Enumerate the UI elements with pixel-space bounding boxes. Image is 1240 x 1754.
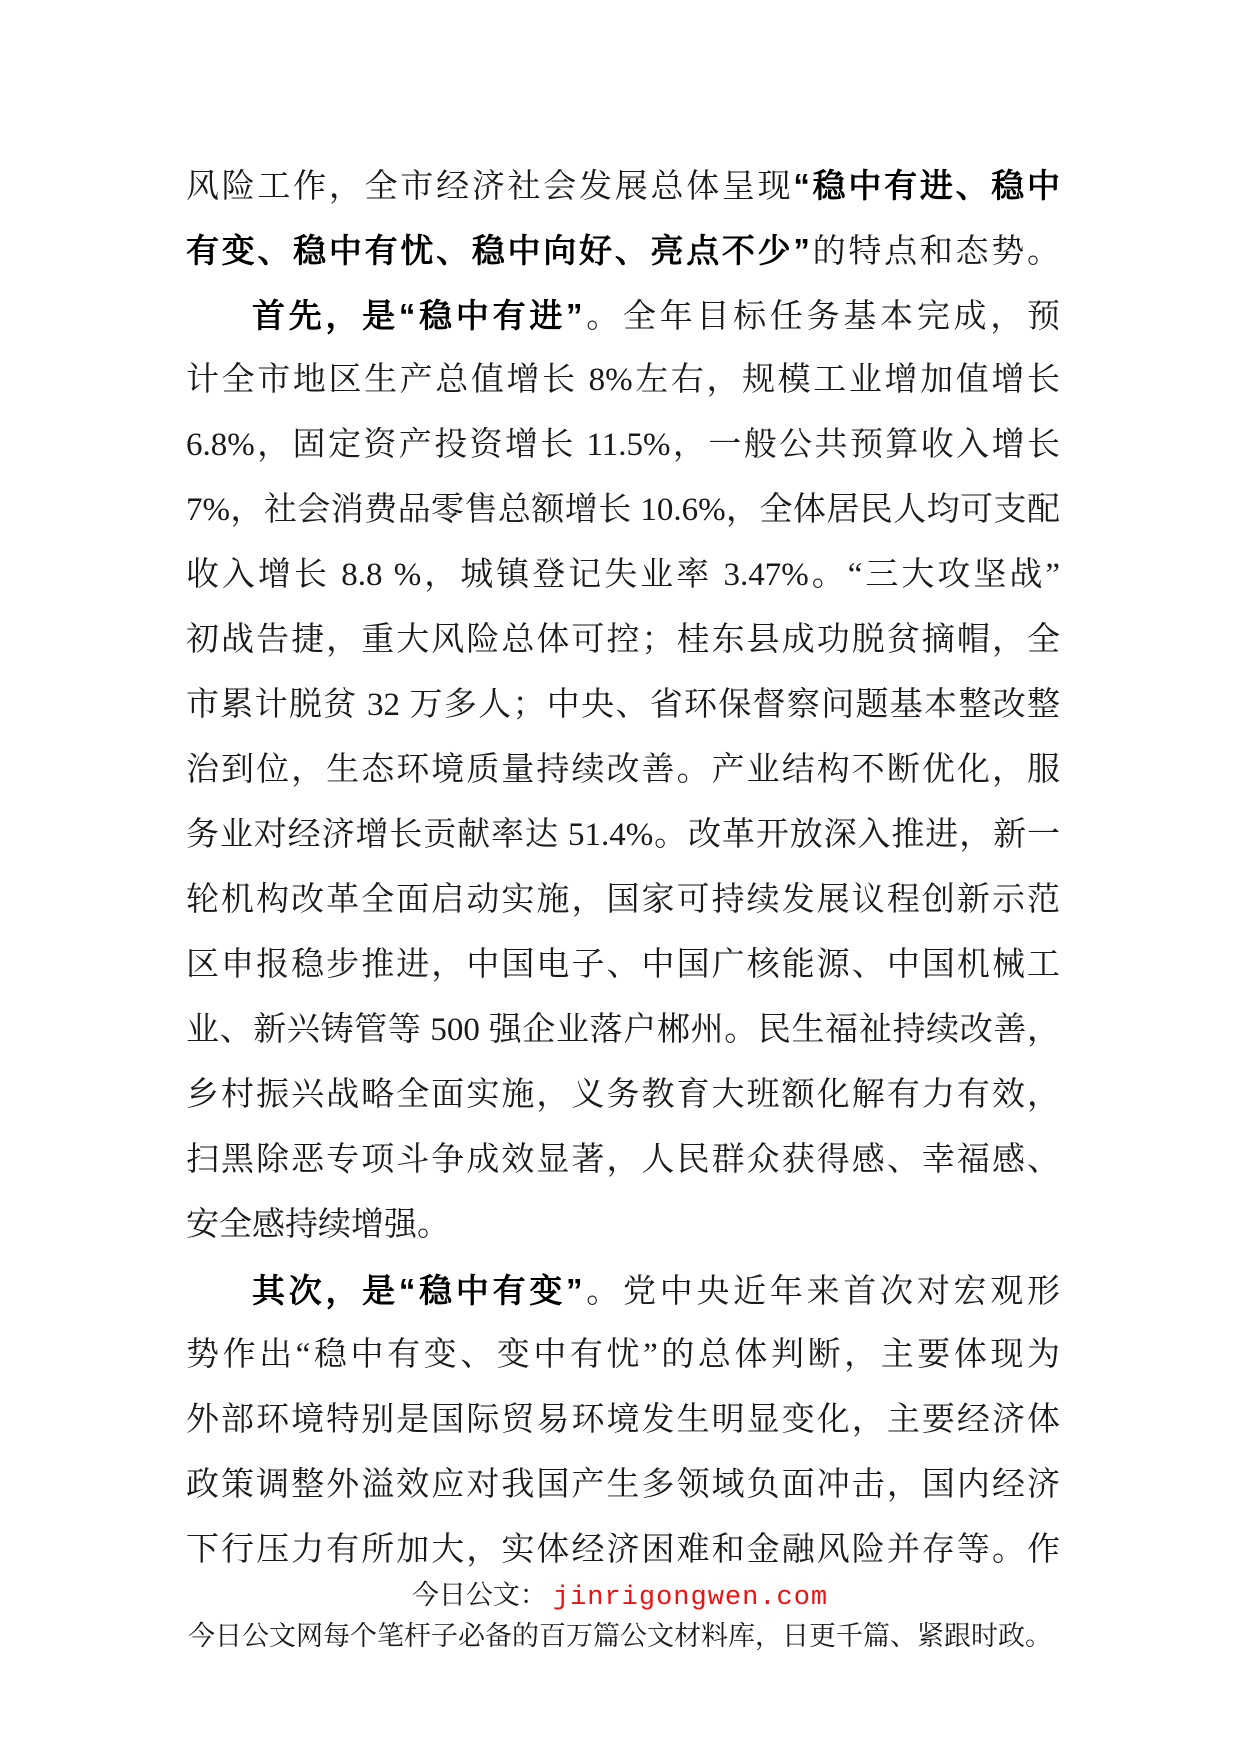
text-line: 市累计脱贫 32 万多人；中央、省环保督察问题基本整改整 [186,673,1060,738]
text-line: 计全市地区生产总值增长 8%左右，规模工业增加值增长 [186,348,1060,413]
text-line: 治到位，生态环境质量持续改善。产业结构不断优化，服 [186,738,1060,803]
text-segment: 6.8%，固定资产投资增长 11.5%，一般公共预算收入增长 [186,427,1060,463]
text-segment: 业、新兴铸管等 500 强企业落户郴州。民生福祉持续改善， [186,1012,1060,1048]
site-url-link[interactable]: jinrigongwen.com [553,1583,828,1613]
text-line: 收入增长 8.8 %，城镇登记失业率 3.47%。“三大攻坚战” [186,543,1060,608]
text-segment: 下行压力有所加大，实体经济困难和金融风险并存等。作 [186,1532,1060,1568]
emphasis-segment: “稳中有进、稳中 [793,167,1060,204]
emphasis-segment: 首先，是“稳中有进” [252,297,583,334]
text-line: 初战告捷，重大风险总体可控；桂东县成功脱贫摘帽，全 [186,608,1060,673]
footer-tagline: 今日公文网每个笔杆子必备的百万篇公文材料库，日更千篇、紧跟时政。 [0,1619,1240,1653]
document-page: 风险工作，全市经济社会发展总体呈现“稳中有进、稳中有变、稳中有忧、稳中向好、亮点… [0,0,1240,1754]
text-line: 乡村振兴战略全面实施，义务教育大班额化解有力有效， [186,1063,1060,1128]
text-segment: 区申报稳步推进，中国电子、中国广核能源、中国机械工 [186,947,1060,983]
text-segment: 。全年目标任务基本完成，预 [583,299,1060,335]
footer-site-line: 今日公文：jinrigongwen.com [0,1578,1240,1615]
text-line: 区申报稳步推进，中国电子、中国广核能源、中国机械工 [186,933,1060,998]
text-line: 有变、稳中有忧、稳中向好、亮点不少”的特点和态势。 [186,218,1060,283]
text-segment: 政策调整外溢效应对我国产生多领域负面冲击，国内经济 [186,1467,1060,1503]
text-line: 首先，是“稳中有进”。全年目标任务基本完成，预 [186,283,1060,348]
text-segment: 市累计脱贫 32 万多人；中央、省环保督察问题基本整改整 [186,687,1060,723]
emphasis-segment: 其次，是“稳中有变” [252,1272,583,1309]
text-segment: 的特点和态势。 [810,234,1060,270]
text-segment: 风险工作，全市经济社会发展总体呈现 [186,169,793,205]
text-line: 其次，是“稳中有变”。党中央近年来首次对宏观形 [186,1258,1060,1323]
footer: 今日公文：jinrigongwen.com 今日公文网每个笔杆子必备的百万篇公文… [0,1578,1240,1653]
text-line: 安全感持续增强。 [186,1193,1060,1258]
text-segment: 计全市地区生产总值增长 8%左右，规模工业增加值增长 [186,362,1060,398]
document-body: 风险工作，全市经济社会发展总体呈现“稳中有进、稳中有变、稳中有忧、稳中向好、亮点… [186,153,1060,1583]
text-line: 下行压力有所加大，实体经济困难和金融风险并存等。作 [186,1518,1060,1583]
text-line: 扫黑除恶专项斗争成效显著，人民群众获得感、幸福感、 [186,1128,1060,1193]
text-segment: 轮机构改革全面启动实施，国家可持续发展议程创新示范 [186,882,1060,918]
text-line: 7%，社会消费品零售总额增长 10.6%，全体居民人均可支配 [186,478,1060,543]
text-segment: 。党中央近年来首次对宏观形 [583,1274,1060,1310]
emphasis-segment: 有变、稳中有忧、稳中向好、亮点不少” [186,232,810,269]
text-line: 政策调整外溢效应对我国产生多领域负面冲击，国内经济 [186,1453,1060,1518]
text-segment: 务业对经济增长贡献率达 51.4%。改革开放深入推进，新一 [186,817,1060,853]
text-segment: 7%，社会消费品零售总额增长 10.6%，全体居民人均可支配 [186,492,1060,528]
text-segment: 收入增长 8.8 %，城镇登记失业率 3.47%。“三大攻坚战” [186,557,1060,593]
text-line: 风险工作，全市经济社会发展总体呈现“稳中有进、稳中 [186,153,1060,218]
text-segment: 扫黑除恶专项斗争成效显著，人民群众获得感、幸福感、 [186,1142,1060,1178]
text-segment: 外部环境特别是国际贸易环境发生明显变化，主要经济体 [186,1402,1060,1438]
text-line: 轮机构改革全面启动实施，国家可持续发展议程创新示范 [186,868,1060,933]
text-segment: 治到位，生态环境质量持续改善。产业结构不断优化，服 [186,752,1060,788]
text-segment: 初战告捷，重大风险总体可控；桂东县成功脱贫摘帽，全 [186,622,1060,658]
text-segment: 乡村振兴战略全面实施，义务教育大班额化解有力有效， [186,1077,1060,1113]
text-line: 6.8%，固定资产投资增长 11.5%，一般公共预算收入增长 [186,413,1060,478]
text-segment: 势作出“稳中有变、变中有忧”的总体判断，主要体现为 [186,1337,1060,1373]
text-line: 业、新兴铸管等 500 强企业落户郴州。民生福祉持续改善， [186,998,1060,1063]
text-line: 务业对经济增长贡献率达 51.4%。改革开放深入推进，新一 [186,803,1060,868]
text-line: 外部环境特别是国际贸易环境发生明显变化，主要经济体 [186,1388,1060,1453]
text-segment: 安全感持续增强。 [186,1207,450,1243]
text-line: 势作出“稳中有变、变中有忧”的总体判断，主要体现为 [186,1323,1060,1388]
site-label: 今日公文： [412,1580,547,1610]
